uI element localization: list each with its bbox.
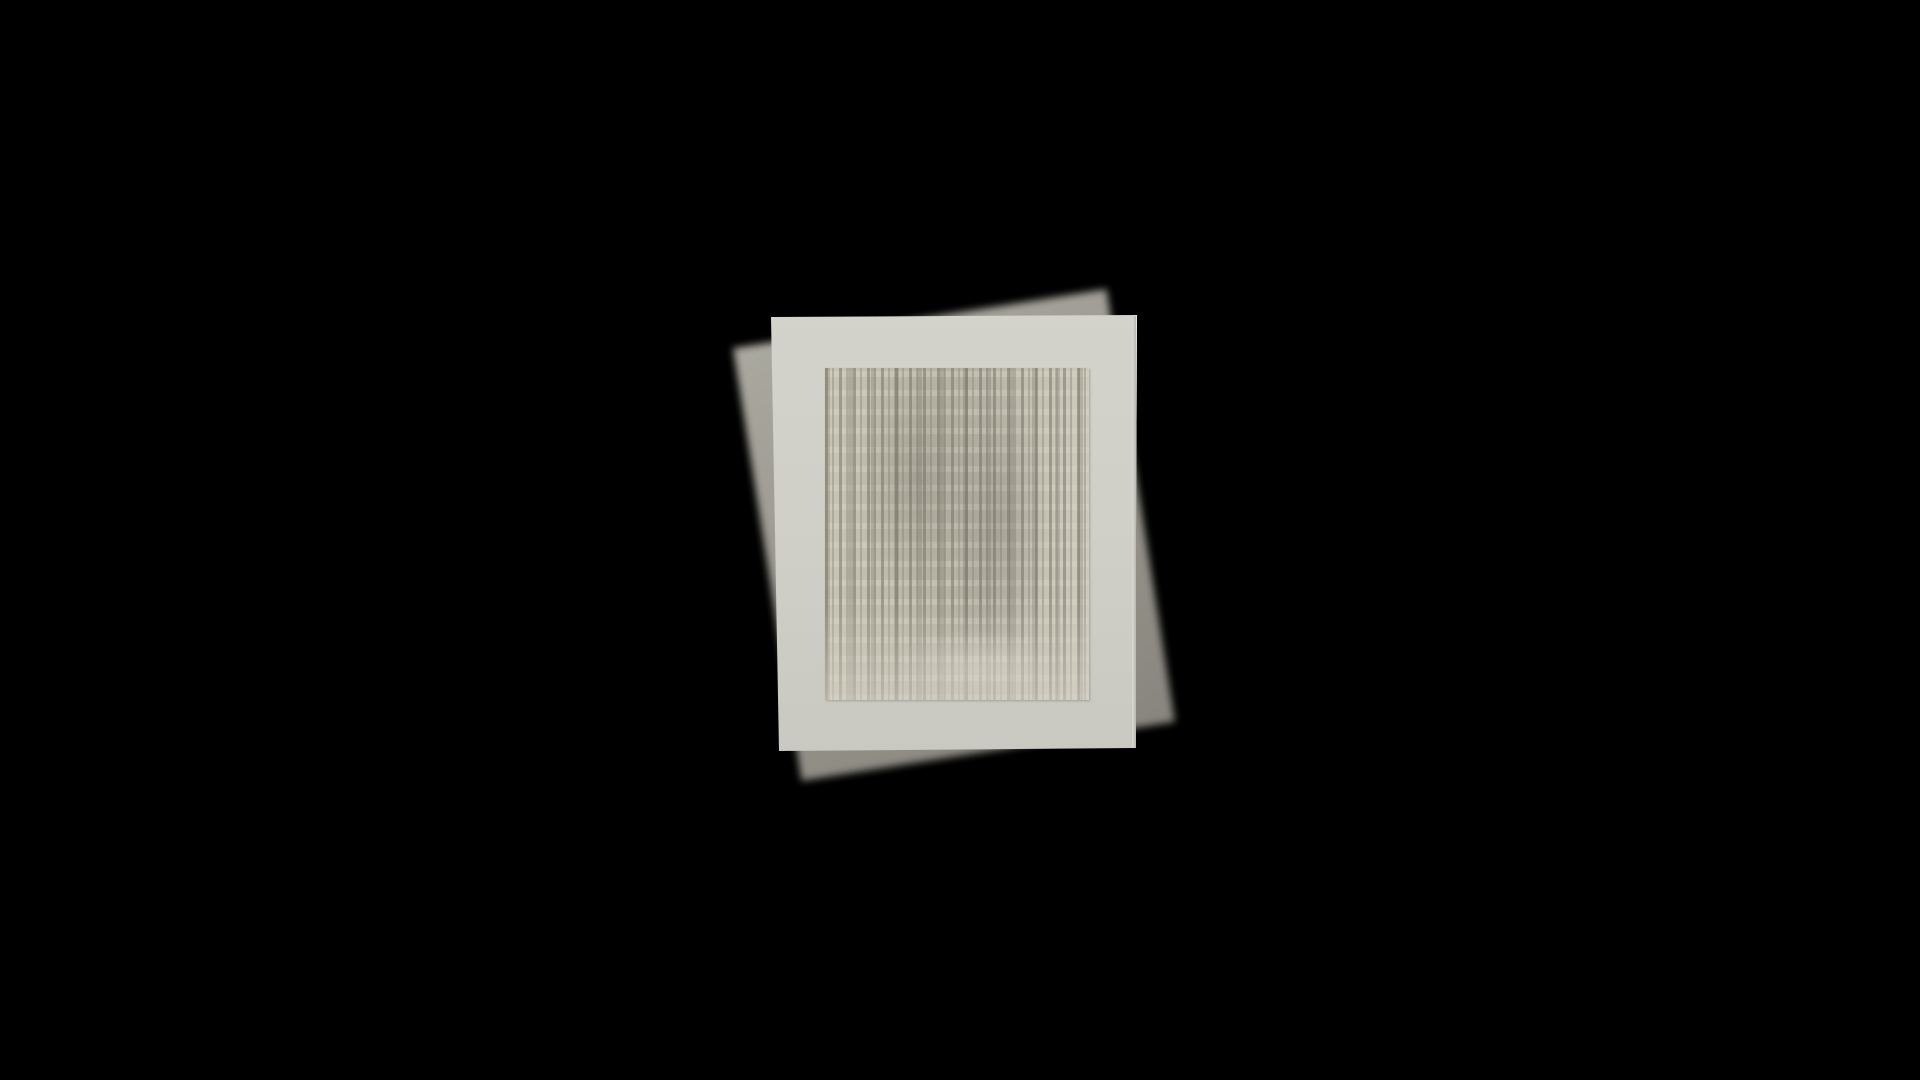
front-canvas-right-edge (1132, 316, 1136, 748)
photo-stage: Photograph of a textured white-on-beige … (0, 0, 1920, 1080)
textured-artwork (825, 368, 1089, 700)
